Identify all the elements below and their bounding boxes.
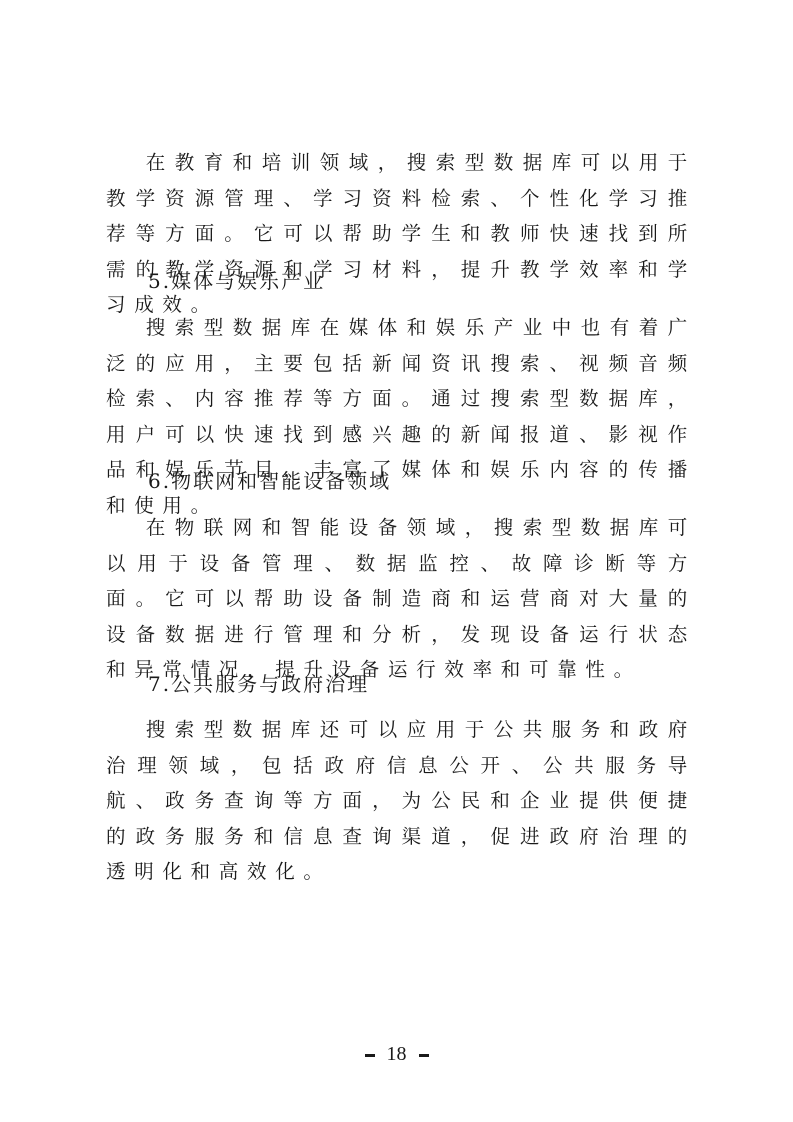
paragraph-public-service: 搜索型数据库还可以应用于公共服务和政府治理领域，包括政府信息公开、公共服务导航、… [106,712,696,890]
paragraph-iot: 在物联网和智能设备领域，搜索型数据库可以用于设备管理、数据监控、故障诊断等方面。… [106,510,696,688]
section-heading-7: 7.公共服务与政府治理 [148,669,369,699]
page-footer: 18 [0,1040,793,1068]
paragraph-text: 搜索型数据库还可以应用于公共服务和政府治理领域，包括政府信息公开、公共服务导航、… [106,718,696,883]
dash-left [365,1054,375,1057]
heading-title: 公共服务与政府治理 [171,672,369,696]
heading-number: 7. [148,672,171,696]
dash-right [419,1054,429,1057]
heading-title: 物联网和智能设备领域 [171,469,391,493]
page-number: 18 [387,1043,407,1065]
heading-title: 媒体与娱乐产业 [171,269,325,293]
heading-number: 5. [148,269,171,293]
paragraph-text: 在物联网和智能设备领域，搜索型数据库可以用于设备管理、数据监控、故障诊断等方面。… [106,516,696,681]
section-heading-6: 6.物联网和智能设备领域 [148,466,391,496]
document-page: 在教育和培训领域，搜索型数据库可以用于教学资源管理、学习资料检索、个性化学习推荐… [0,0,793,1122]
heading-number: 6. [148,469,171,493]
section-heading-5: 5.媒体与娱乐产业 [148,266,325,296]
